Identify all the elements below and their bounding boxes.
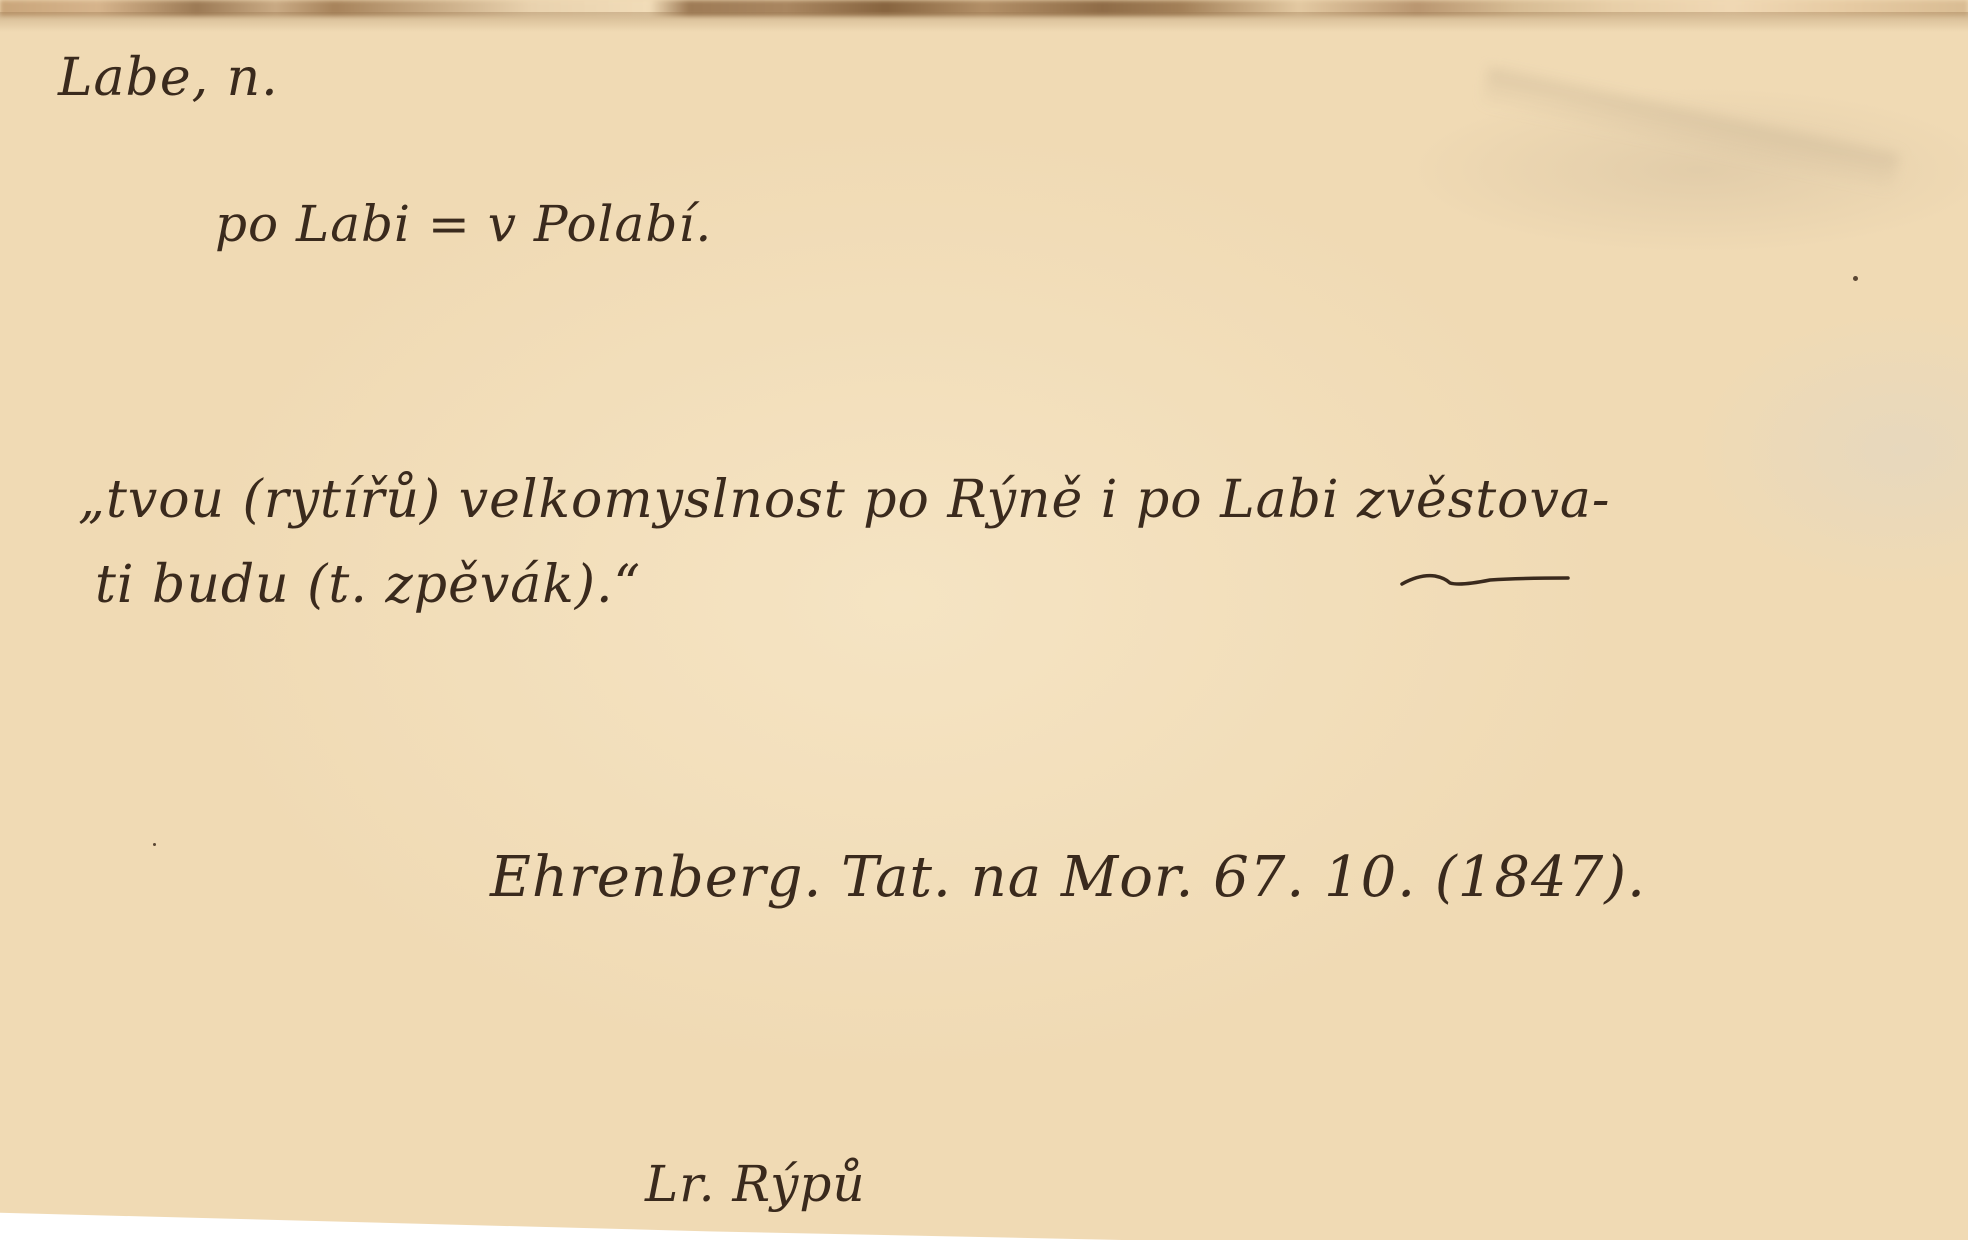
- signature: Lr. Rýpů: [645, 1155, 866, 1213]
- example-phrase: po Labi = v Polabí.: [215, 195, 712, 253]
- paper-speck: [1853, 276, 1858, 281]
- quotation-line-2: ti budu (t. zpěvák).“: [95, 555, 641, 615]
- lexicon-slip: Labe, n. po Labi = v Polabí. „tvou (rytí…: [0, 0, 1968, 1240]
- quotation-line-1: „tvou (rytířů) velkomyslnost po Rýně i p…: [78, 470, 1610, 530]
- paper-speck: [153, 843, 156, 846]
- wavy-underline-icon: [1400, 568, 1570, 590]
- source-citation: Ehrenberg. Tat. na Mor. 67. 10. (1847).: [490, 845, 1646, 910]
- scan-top-shadow: [0, 12, 1968, 32]
- headword: Labe, n.: [58, 48, 279, 108]
- paper-crease: [1480, 67, 1899, 193]
